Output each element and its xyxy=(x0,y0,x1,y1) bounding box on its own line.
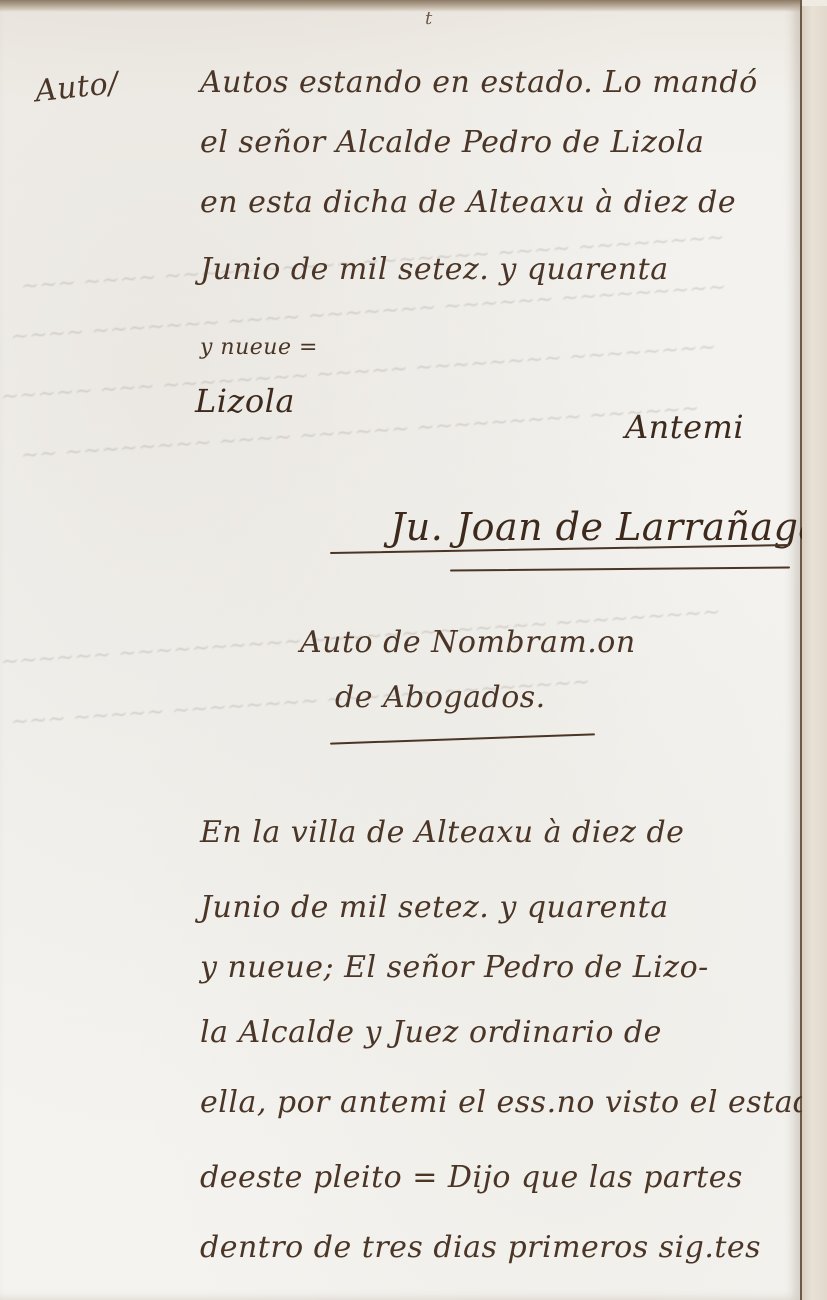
signature-antemi: Antemi xyxy=(625,408,744,446)
text-line: y nueue; El señor Pedro de Lizo- xyxy=(200,950,709,985)
section-2-heading-line-1: Auto de Nombram.on xyxy=(300,625,636,660)
text-line: En la villa de Alteaxu à diez de xyxy=(200,815,684,850)
signature-lizola: Lizola xyxy=(195,382,295,420)
signature-flourish xyxy=(450,567,790,572)
text-line: la Alcalde y Juez ordinario de xyxy=(200,1015,662,1050)
margin-note: Auto/ xyxy=(33,66,120,110)
text-line: ella, por antemi el ess.no visto el esta… xyxy=(200,1085,827,1120)
text-line: en esta dicha de Alteaxu à diez de xyxy=(200,185,736,220)
page-top-edge xyxy=(0,0,800,12)
folio-mark: t xyxy=(425,8,433,29)
text-line: y nueue = xyxy=(200,335,318,360)
adjacent-page-edge xyxy=(802,6,827,1300)
text-line: Junio de mil setez. y quarenta xyxy=(200,252,669,287)
manuscript-page: ~~~ ~~~~ ~~~~~ ~~~~~ ~~~~~~~ ~~~~ ~~~~~~… xyxy=(0,0,802,1300)
notary-signature: Ju. Joan de Larrañaga xyxy=(390,505,822,549)
text-line: Autos estando en estado. Lo mandó xyxy=(200,65,758,100)
text-line: Junio de mil setez. y quarenta xyxy=(200,890,669,925)
text-line: el señor Alcalde Pedro de Lizola xyxy=(200,125,704,160)
text-line: deeste pleito = Dijo que las partes xyxy=(200,1160,743,1195)
section-2-heading-line-2: de Abogados. xyxy=(335,680,546,715)
bleed-through-text: ~~~~~ ~~~ ~~~~~~~~ ~~~~~ ~~~~~~~~ ~~~~~~… xyxy=(0,335,717,410)
bleed-through-text: ~~ ~~~~~~~~ ~~~~ ~~~~~~ ~~~~~~~~~ ~~~~~~ xyxy=(20,396,700,468)
heading-underline xyxy=(330,733,595,744)
text-line: dentro de tres dias primeros sig.tes xyxy=(200,1230,761,1265)
